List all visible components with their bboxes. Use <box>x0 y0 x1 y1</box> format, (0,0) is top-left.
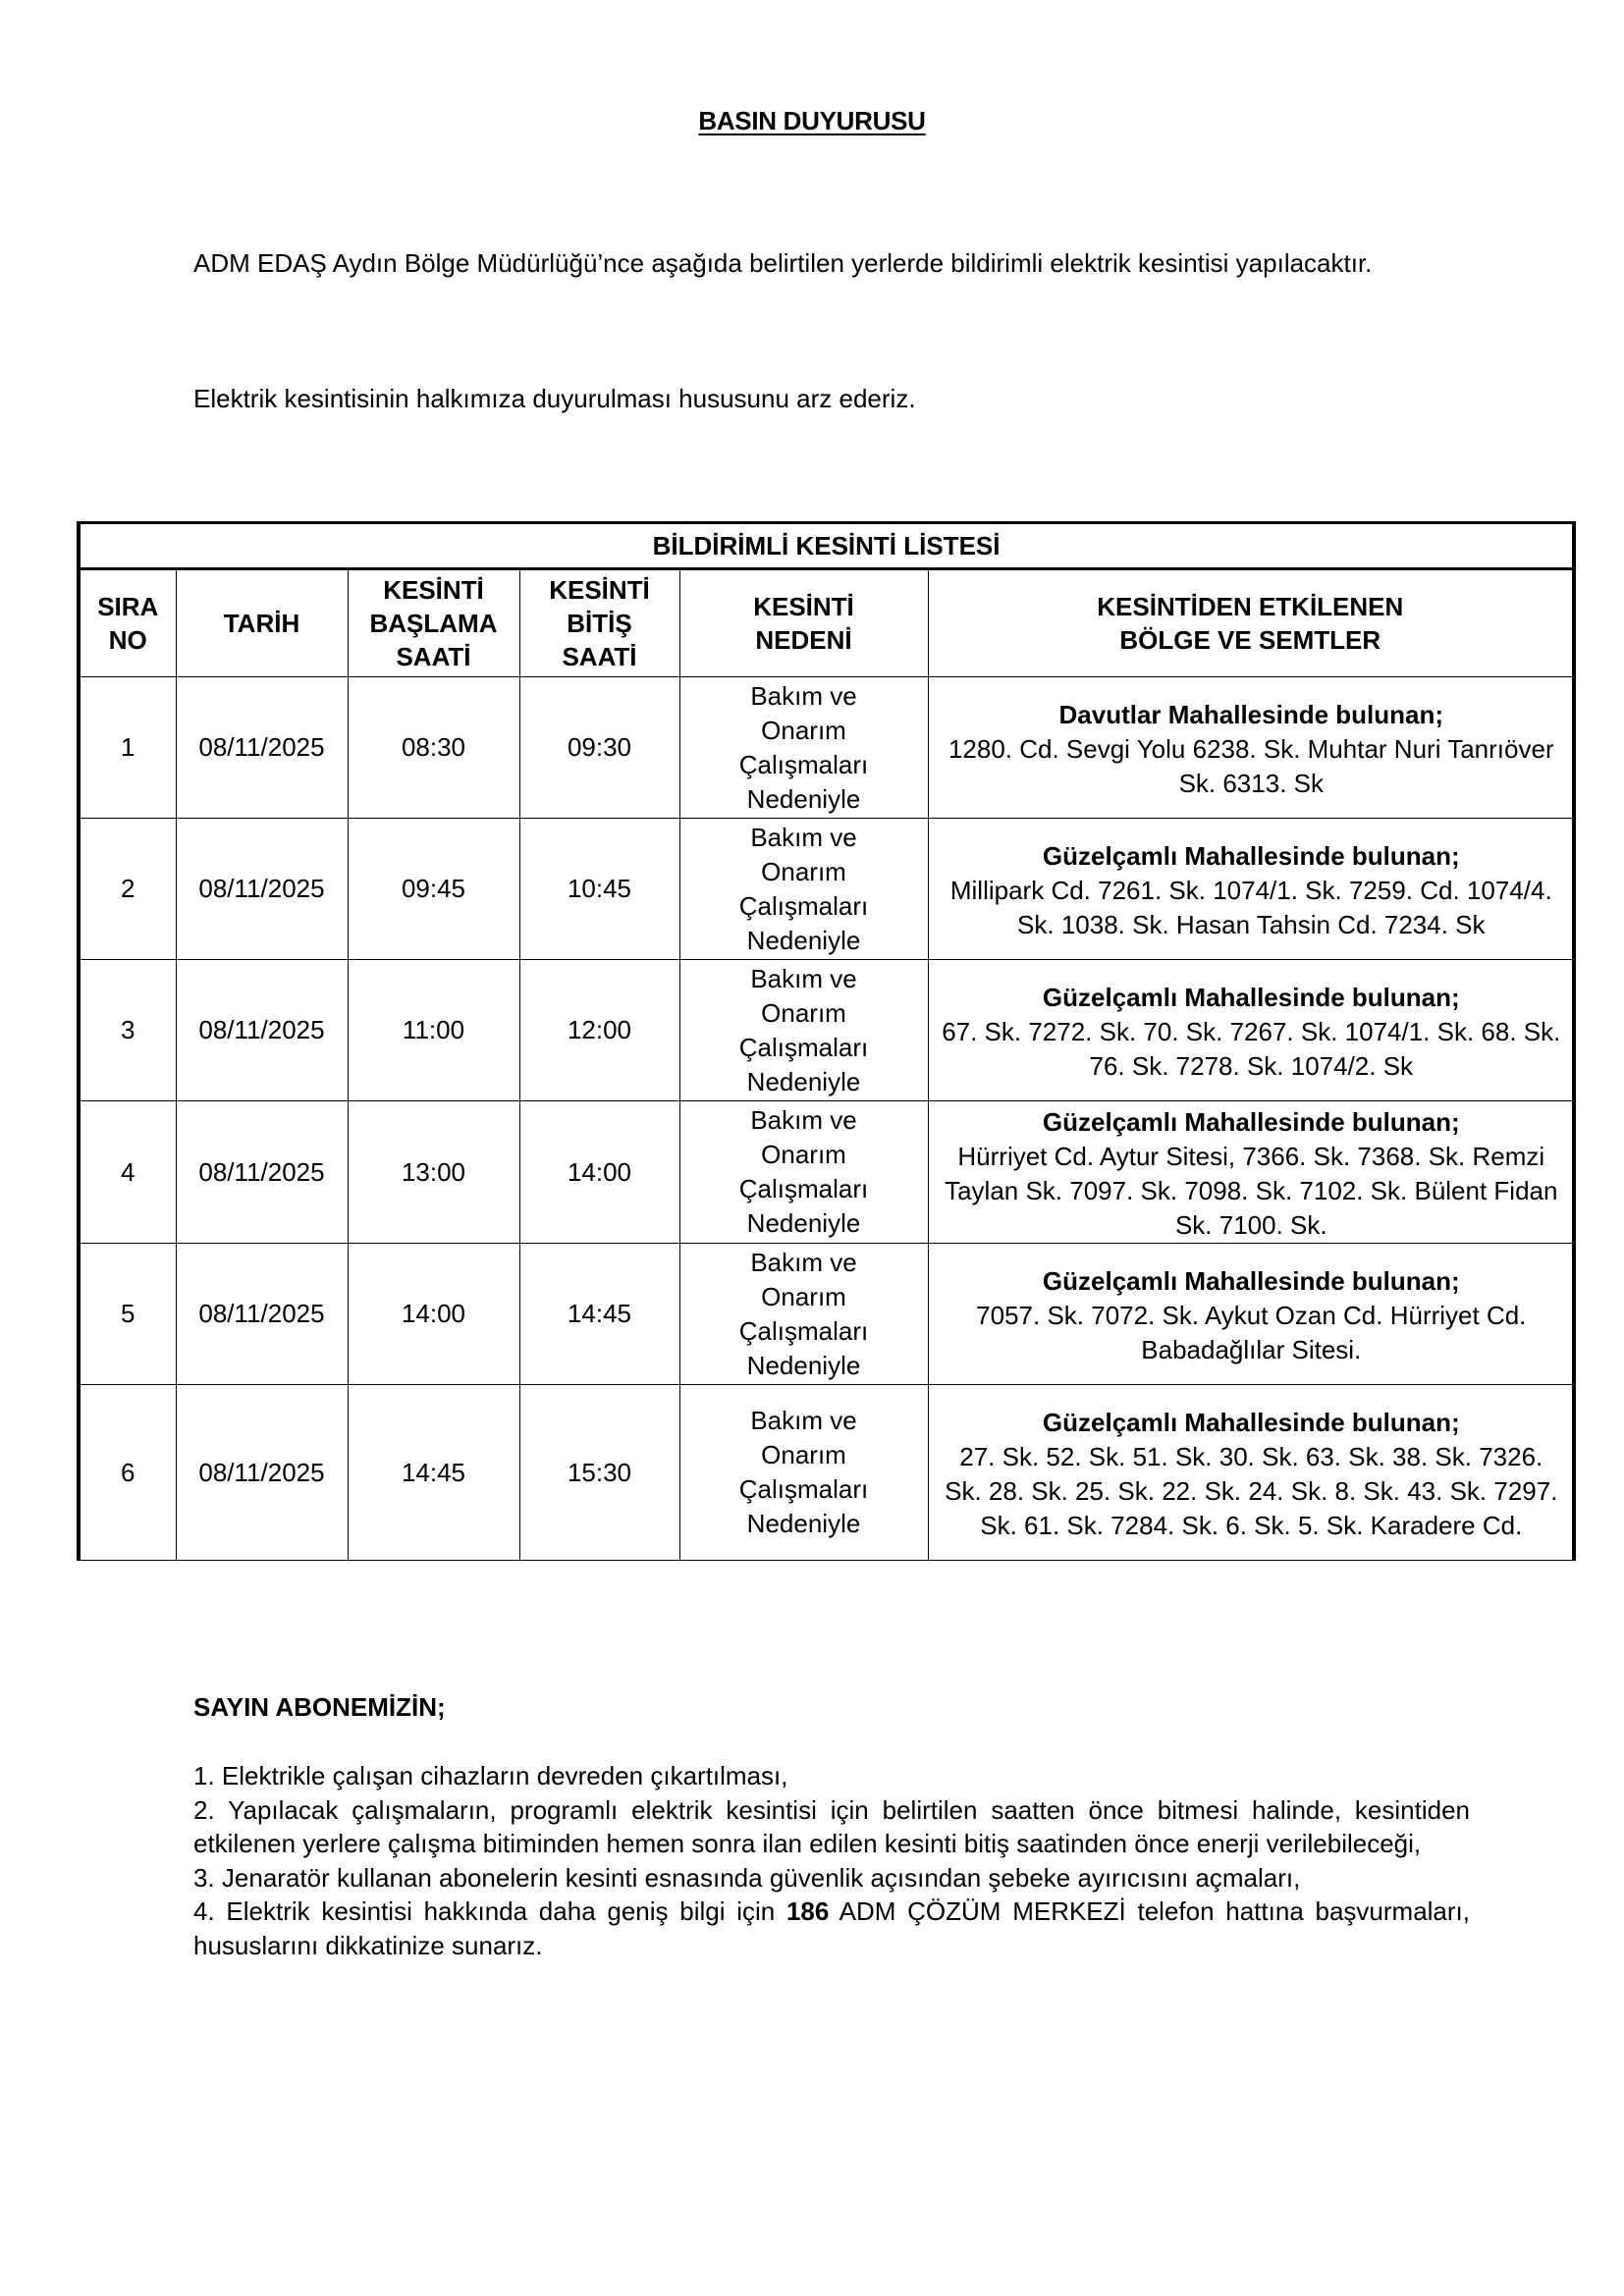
cell-start-time: 13:00 <box>348 1101 519 1244</box>
region-neighborhood: Güzelçamlı Mahallesinde bulunan; <box>939 1264 1565 1299</box>
cell-no: 2 <box>79 819 176 960</box>
cell-date: 08/11/2025 <box>176 677 348 819</box>
region-neighborhood: Davutlar Mahallesinde bulunan; <box>939 698 1565 732</box>
header-end-time: KESİNTİBİTİŞSAATİ <box>519 569 679 677</box>
header-start-time: KESİNTİBAŞLAMASAATİ <box>348 569 519 677</box>
notice-item-4-text: 4. Elektrik kesintisi hakkında daha geni… <box>193 1896 786 1926</box>
cell-reason: Bakım veOnarımÇalışmalarıNedeniyle <box>679 677 928 819</box>
cell-end-time: 14:00 <box>519 1101 679 1244</box>
region-neighborhood: Güzelçamlı Mahallesinde bulunan; <box>939 1105 1565 1140</box>
cell-end-time: 09:30 <box>519 677 679 819</box>
notice-item-2: 2. Yapılacak çalışmaların, programlı ele… <box>193 1793 1470 1861</box>
cell-region: Davutlar Mahallesinde bulunan;1280. Cd. … <box>928 677 1574 819</box>
intro-paragraph: ADM EDAŞ Aydın Bölge Müdürlüğü’nce aşağı… <box>193 245 1470 282</box>
table-row: 108/11/202508:3009:30Bakım veOnarımÇalış… <box>79 677 1574 819</box>
region-streets: 1280. Cd. Sevgi Yolu 6238. Sk. Muhtar Nu… <box>948 734 1554 798</box>
notice-heading: SAYIN ABONEMİZİN; <box>193 1692 446 1723</box>
cell-date: 08/11/2025 <box>176 1244 348 1385</box>
region-streets: 67. Sk. 7272. Sk. 70. Sk. 7267. Sk. 1074… <box>942 1017 1560 1081</box>
cell-region: Güzelçamlı Mahallesinde bulunan;67. Sk. … <box>928 960 1574 1101</box>
cell-reason: Bakım veOnarımÇalışmalarıNedeniyle <box>679 1101 928 1244</box>
cell-start-time: 11:00 <box>348 960 519 1101</box>
table-row: 308/11/202511:0012:00Bakım veOnarımÇalış… <box>79 960 1574 1101</box>
cell-reason: Bakım veOnarımÇalışmalarıNedeniyle <box>679 1385 928 1561</box>
region-streets: 7057. Sk. 7072. Sk. Aykut Ozan Cd. Hürri… <box>976 1301 1526 1364</box>
table-body: 108/11/202508:3009:30Bakım veOnarımÇalış… <box>79 677 1574 1561</box>
cell-no: 5 <box>79 1244 176 1385</box>
header-tarih: TARİH <box>176 569 348 677</box>
cell-no: 4 <box>79 1101 176 1244</box>
cell-start-time: 14:45 <box>348 1385 519 1561</box>
cell-region: Güzelçamlı Mahallesinde bulunan;27. Sk. … <box>928 1385 1574 1561</box>
document-title: BASIN DUYURUSU <box>0 106 1624 136</box>
cell-region: Güzelçamlı Mahallesinde bulunan;7057. Sk… <box>928 1244 1574 1385</box>
table-row: 608/11/202514:4515:30Bakım veOnarımÇalış… <box>79 1385 1574 1561</box>
cell-reason: Bakım veOnarımÇalışmalarıNedeniyle <box>679 960 928 1101</box>
cell-no: 6 <box>79 1385 176 1561</box>
cell-date: 08/11/2025 <box>176 1101 348 1244</box>
cell-start-time: 08:30 <box>348 677 519 819</box>
table-row: 208/11/202509:4510:45Bakım veOnarımÇalış… <box>79 819 1574 960</box>
region-streets: Millipark Cd. 7261. Sk. 1074/1. Sk. 7259… <box>950 876 1552 939</box>
hotline-number: 186 <box>786 1896 829 1926</box>
cell-end-time: 10:45 <box>519 819 679 960</box>
cell-date: 08/11/2025 <box>176 960 348 1101</box>
notice-item-3: 3. Jenaratör kullanan abonelerin kesinti… <box>193 1861 1470 1896</box>
cell-start-time: 09:45 <box>348 819 519 960</box>
notice-list: 1. Elektrikle çalışan cihazların devrede… <box>193 1759 1470 1962</box>
cell-reason: Bakım veOnarımÇalışmalarıNedeniyle <box>679 819 928 960</box>
table-row: 408/11/202513:0014:00Bakım veOnarımÇalış… <box>79 1101 1574 1244</box>
region-streets: 27. Sk. 52. Sk. 51. Sk. 30. Sk. 63. Sk. … <box>945 1442 1557 1540</box>
region-neighborhood: Güzelçamlı Mahallesinde bulunan; <box>939 1406 1565 1440</box>
region-neighborhood: Güzelçamlı Mahallesinde bulunan; <box>939 839 1565 874</box>
cell-end-time: 14:45 <box>519 1244 679 1385</box>
cell-no: 1 <box>79 677 176 819</box>
notice-item-4: 4. Elektrik kesintisi hakkında daha geni… <box>193 1895 1470 1962</box>
header-sira-no: SIRANO <box>79 569 176 677</box>
cell-no: 3 <box>79 960 176 1101</box>
cell-region: Güzelçamlı Mahallesinde bulunan;Hürriyet… <box>928 1101 1574 1244</box>
table-caption: BİLDİRİMLİ KESİNTİ LİSTESİ <box>79 523 1574 569</box>
cell-date: 08/11/2025 <box>176 819 348 960</box>
cell-end-time: 15:30 <box>519 1385 679 1561</box>
region-neighborhood: Güzelçamlı Mahallesinde bulunan; <box>939 981 1565 1015</box>
table-row: 508/11/202514:0014:45Bakım veOnarımÇalış… <box>79 1244 1574 1385</box>
cell-region: Güzelçamlı Mahallesinde bulunan;Millipar… <box>928 819 1574 960</box>
outage-table: BİLDİRİMLİ KESİNTİ LİSTESİ SIRANOTARİHKE… <box>77 521 1576 1561</box>
request-paragraph: Elektrik kesintisinin halkımıza duyurulm… <box>193 381 1470 417</box>
notice-item-1: 1. Elektrikle çalışan cihazların devrede… <box>193 1759 1470 1793</box>
cell-reason: Bakım veOnarımÇalışmalarıNedeniyle <box>679 1244 928 1385</box>
header-region: KESİNTİDEN ETKİLENENBÖLGE VE SEMTLER <box>928 569 1574 677</box>
region-streets: Hürriyet Cd. Aytur Sitesi, 7366. Sk. 736… <box>945 1142 1557 1240</box>
header-reason: KESİNTİNEDENİ <box>679 569 928 677</box>
cell-start-time: 14:00 <box>348 1244 519 1385</box>
cell-end-time: 12:00 <box>519 960 679 1101</box>
table-header-row: SIRANOTARİHKESİNTİBAŞLAMASAATİKESİNTİBİT… <box>79 569 1574 677</box>
cell-date: 08/11/2025 <box>176 1385 348 1561</box>
